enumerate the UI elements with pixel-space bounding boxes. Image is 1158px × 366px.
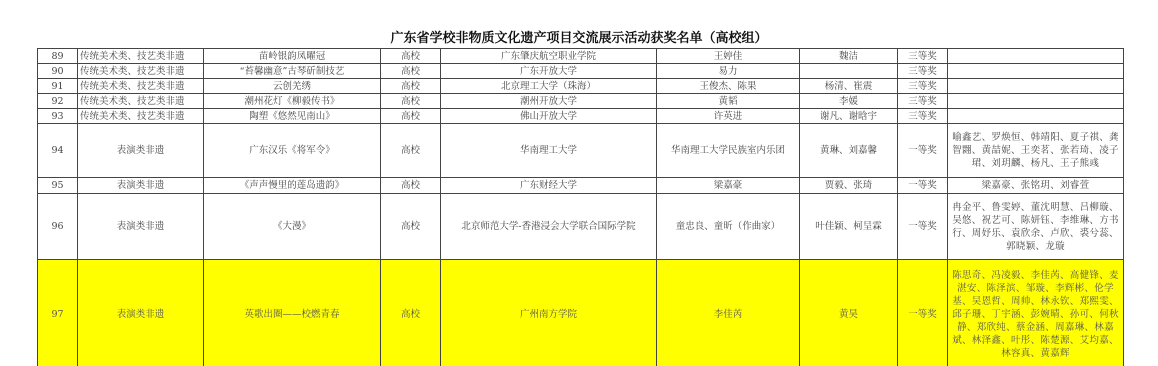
cell-school: 潮州开放大学 <box>441 94 657 109</box>
table-row: 94 表演类非遗 广东汉乐《将军令》 高校 华南理工大学 华南理工大学民族室内乐… <box>38 124 1124 178</box>
cell-no: 91 <box>38 79 78 94</box>
cell-no: 89 <box>38 49 78 64</box>
cell-project: 云创羌绣 <box>204 79 381 94</box>
document-title: 广东省学校非物质文化遗产项目交流展示活动获奖名单（高校组） <box>0 27 1158 46</box>
cell-project: 陶塑《悠然见南山》 <box>204 109 381 124</box>
awards-table: 89 传统美术类、技艺类非遗 苗岭银韵凤曜冠 高校 广东肇庆航空职业学院 王婷佳… <box>37 48 1124 366</box>
table-row: 95 表演类非遗 《声声慢里的莲岛遗韵》 高校 广东财经大学 梁嘉豪 贾毅、张琦… <box>38 178 1124 194</box>
cell-group: 高校 <box>381 178 441 194</box>
cell-teacher: 李媛 <box>800 94 898 109</box>
cell-teacher: 黄琳、刘嘉馨 <box>800 124 898 178</box>
cell-teacher <box>800 64 898 79</box>
cell-award: 三等奖 <box>898 109 948 124</box>
cell-project: 《声声慢里的莲岛遗韵》 <box>204 178 381 194</box>
cell-members: 梁嘉豪、张铭玥、刘睿萱 <box>948 178 1124 194</box>
cell-category: 表演类非遗 <box>78 178 204 194</box>
cell-members <box>948 79 1124 94</box>
cell-no: 95 <box>38 178 78 194</box>
cell-members: 冉金平、鲁雯婷、董沈明慧、吕柳璇、吴悠、祝艺可、陈妍钰、李维琳、方书行、周妤乐、… <box>948 194 1124 260</box>
cell-project: 苗岭银韵凤曜冠 <box>204 49 381 64</box>
cell-performer: 易力 <box>657 64 800 79</box>
cell-project: 潮州花灯《柳毅传书》 <box>204 94 381 109</box>
cell-award: 三等奖 <box>898 49 948 64</box>
cell-award: 一等奖 <box>898 178 948 194</box>
cell-teacher: 谢凡、谢晗宇 <box>800 109 898 124</box>
cell-no: 97 <box>38 260 78 366</box>
cell-members: 喻鑫艺、罗焕恒、韩靖阳、夏子祺、龚智翾、黄喆妮、王奕茗、张若琦、凌子珺、刘玥麟、… <box>948 124 1124 178</box>
cell-category: 传统美术类、技艺类非遗 <box>78 64 204 79</box>
cell-performer: 童忠良、童昕（作曲家） <box>657 194 800 260</box>
cell-group: 高校 <box>381 109 441 124</box>
cell-award: 三等奖 <box>898 64 948 79</box>
cell-performer: 华南理工大学民族室内乐团 <box>657 124 800 178</box>
cell-award: 三等奖 <box>898 94 948 109</box>
cell-project: “苔馨幽意”古琴斫制技艺 <box>204 64 381 79</box>
cell-project: 英歌出圈——校燃青春 <box>204 260 381 366</box>
cell-school: 北京理工大学（珠海） <box>441 79 657 94</box>
cell-members <box>948 94 1124 109</box>
cell-performer: 黄韬 <box>657 94 800 109</box>
cell-project: 广东汉乐《将军令》 <box>204 124 381 178</box>
cell-group: 高校 <box>381 194 441 260</box>
table-row-highlighted: 97 表演类非遗 英歌出圈——校燃青春 高校 广州南方学院 李佳芮 黄昊 一等奖… <box>38 260 1124 366</box>
cell-group: 高校 <box>381 64 441 79</box>
cell-award: 一等奖 <box>898 260 948 366</box>
table-row: 89 传统美术类、技艺类非遗 苗岭银韵凤曜冠 高校 广东肇庆航空职业学院 王婷佳… <box>38 49 1124 64</box>
cell-group: 高校 <box>381 260 441 366</box>
cell-category: 表演类非遗 <box>78 124 204 178</box>
table-row: 93 传统美术类、技艺类非遗 陶塑《悠然见南山》 高校 佛山开放大学 许英进 谢… <box>38 109 1124 124</box>
cell-school: 广东财经大学 <box>441 178 657 194</box>
table-row: 91 传统美术类、技艺类非遗 云创羌绣 高校 北京理工大学（珠海） 王俊杰、陈果… <box>38 79 1124 94</box>
cell-school: 华南理工大学 <box>441 124 657 178</box>
cell-award: 一等奖 <box>898 124 948 178</box>
cell-members <box>948 64 1124 79</box>
cell-members <box>948 109 1124 124</box>
cell-performer: 王婷佳 <box>657 49 800 64</box>
cell-members <box>948 49 1124 64</box>
cell-school: 广州南方学院 <box>441 260 657 366</box>
cell-teacher: 魏洁 <box>800 49 898 64</box>
cell-members: 陈思奇、冯凌毅、李佳芮、高健锋、麦湛安、陈泽滨、邹璇、李辉彬、伦学基、吴恩哲、周… <box>948 260 1124 366</box>
cell-teacher: 贾毅、张琦 <box>800 178 898 194</box>
cell-school: 北京师范大学-香港浸会大学联合国际学院 <box>441 194 657 260</box>
cell-school: 广东肇庆航空职业学院 <box>441 49 657 64</box>
cell-teacher: 叶佳颖、柯呈霖 <box>800 194 898 260</box>
cell-performer: 梁嘉豪 <box>657 178 800 194</box>
cell-group: 高校 <box>381 124 441 178</box>
cell-no: 90 <box>38 64 78 79</box>
cell-performer: 许英进 <box>657 109 800 124</box>
cell-category: 表演类非遗 <box>78 194 204 260</box>
cell-no: 92 <box>38 94 78 109</box>
cell-performer: 李佳芮 <box>657 260 800 366</box>
cell-performer: 王俊杰、陈果 <box>657 79 800 94</box>
cell-category: 表演类非遗 <box>78 260 204 366</box>
cell-no: 94 <box>38 124 78 178</box>
cell-teacher: 黄昊 <box>800 260 898 366</box>
cell-award: 一等奖 <box>898 194 948 260</box>
cell-category: 传统美术类、技艺类非遗 <box>78 79 204 94</box>
cell-group: 高校 <box>381 79 441 94</box>
cell-teacher: 杨清、崔震 <box>800 79 898 94</box>
cell-award: 三等奖 <box>898 79 948 94</box>
cell-project: 《大漫》 <box>204 194 381 260</box>
table-row: 92 传统美术类、技艺类非遗 潮州花灯《柳毅传书》 高校 潮州开放大学 黄韬 李… <box>38 94 1124 109</box>
cell-school: 佛山开放大学 <box>441 109 657 124</box>
table-row: 96 表演类非遗 《大漫》 高校 北京师范大学-香港浸会大学联合国际学院 童忠良… <box>38 194 1124 260</box>
cell-category: 传统美术类、技艺类非遗 <box>78 49 204 64</box>
cell-group: 高校 <box>381 94 441 109</box>
cell-group: 高校 <box>381 49 441 64</box>
cell-category: 传统美术类、技艺类非遗 <box>78 109 204 124</box>
table-row: 90 传统美术类、技艺类非遗 “苔馨幽意”古琴斫制技艺 高校 广东开放大学 易力… <box>38 64 1124 79</box>
cell-category: 传统美术类、技艺类非遗 <box>78 94 204 109</box>
cell-no: 93 <box>38 109 78 124</box>
cell-school: 广东开放大学 <box>441 64 657 79</box>
cell-no: 96 <box>38 194 78 260</box>
